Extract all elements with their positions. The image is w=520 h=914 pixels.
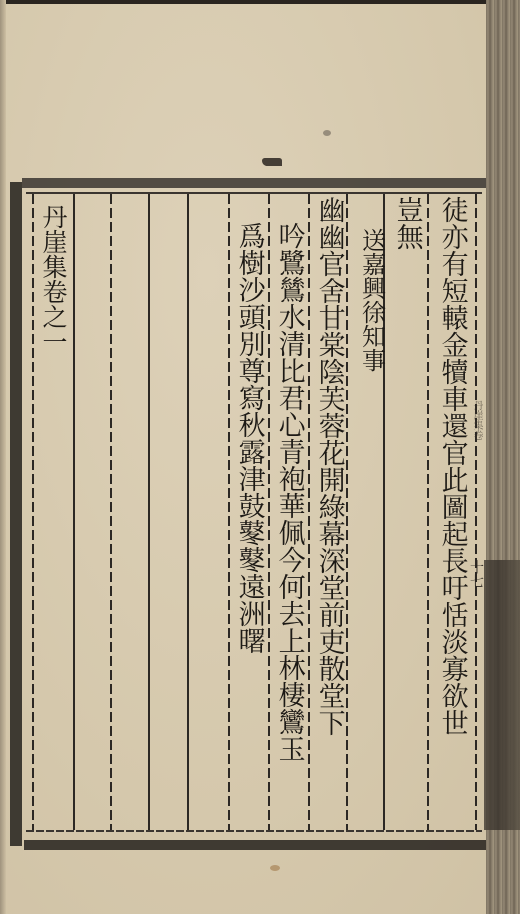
- poem-title: 送嘉興徐知事: [357, 228, 386, 372]
- text-column-6: 爲樹沙頭別尊寫秋露津鼓鼕鼕遠洲曙: [230, 222, 268, 654]
- fold-shadow: [484, 560, 520, 830]
- text-column-5: 吟鷺鷥水清比君心青袍華佩今何去上林棲鸞玉: [270, 222, 308, 762]
- block-center-title: 丹崖集卷: [470, 400, 484, 440]
- column-rule: [427, 194, 429, 830]
- scan-top-edge: [0, 0, 520, 4]
- column-text: 徒亦有短轅金犢車還官此圖起長吁恬淡寡欲世: [436, 196, 467, 736]
- frame-inner-bottom: [26, 830, 482, 832]
- column-rule: [73, 194, 75, 830]
- frame-border-top: [22, 178, 492, 188]
- poem-title-column: 送嘉興徐知事: [352, 228, 390, 372]
- column-text: 爲樹沙頭別尊寫秋露津鼓鼕鼕遠洲曙: [233, 222, 264, 654]
- frame-border-bottom: [24, 840, 494, 850]
- paper-speck: [323, 130, 331, 136]
- volume-title-column: 丹崖集卷之一: [34, 204, 72, 354]
- text-column-1: 徒亦有短轅金犢車還官此圖起長吁恬淡寡欲世: [433, 196, 471, 736]
- volume-title: 丹崖集卷之一: [37, 204, 69, 354]
- printed-frame: 徒亦有短轅金犢車還官此圖起長吁恬淡寡欲世 豈無 送嘉興徐知事 幽幽官舍甘棠陰芙蓉…: [10, 178, 482, 848]
- block-center-page-number: 十七: [470, 560, 486, 588]
- book-page: 徒亦有短轅金犢車還官此圖起長吁恬淡寡欲世 豈無 送嘉興徐知事 幽幽官舍甘棠陰芙蓉…: [0, 0, 520, 914]
- block-fishtail-mark: [262, 158, 282, 166]
- column-text: 吟鷺鷥水清比君心青袍華佩今何去上林棲鸞玉: [273, 222, 304, 762]
- column-rule: [148, 194, 150, 830]
- paper-stain: [270, 865, 280, 871]
- scan-left-edge: [0, 0, 6, 914]
- column-rule: [475, 194, 477, 830]
- frame-inner-top: [26, 192, 482, 194]
- column-text: 豈無: [391, 196, 422, 250]
- text-column-2: 豈無: [388, 196, 426, 250]
- frame-border-left: [10, 182, 22, 846]
- column-text: 幽幽官舍甘棠陰芙蓉花開綠幕深堂前吏散堂下: [313, 196, 344, 736]
- column-rule: [110, 194, 112, 830]
- text-column-4: 幽幽官舍甘棠陰芙蓉花開綠幕深堂前吏散堂下: [310, 196, 348, 736]
- column-rule: [187, 194, 189, 830]
